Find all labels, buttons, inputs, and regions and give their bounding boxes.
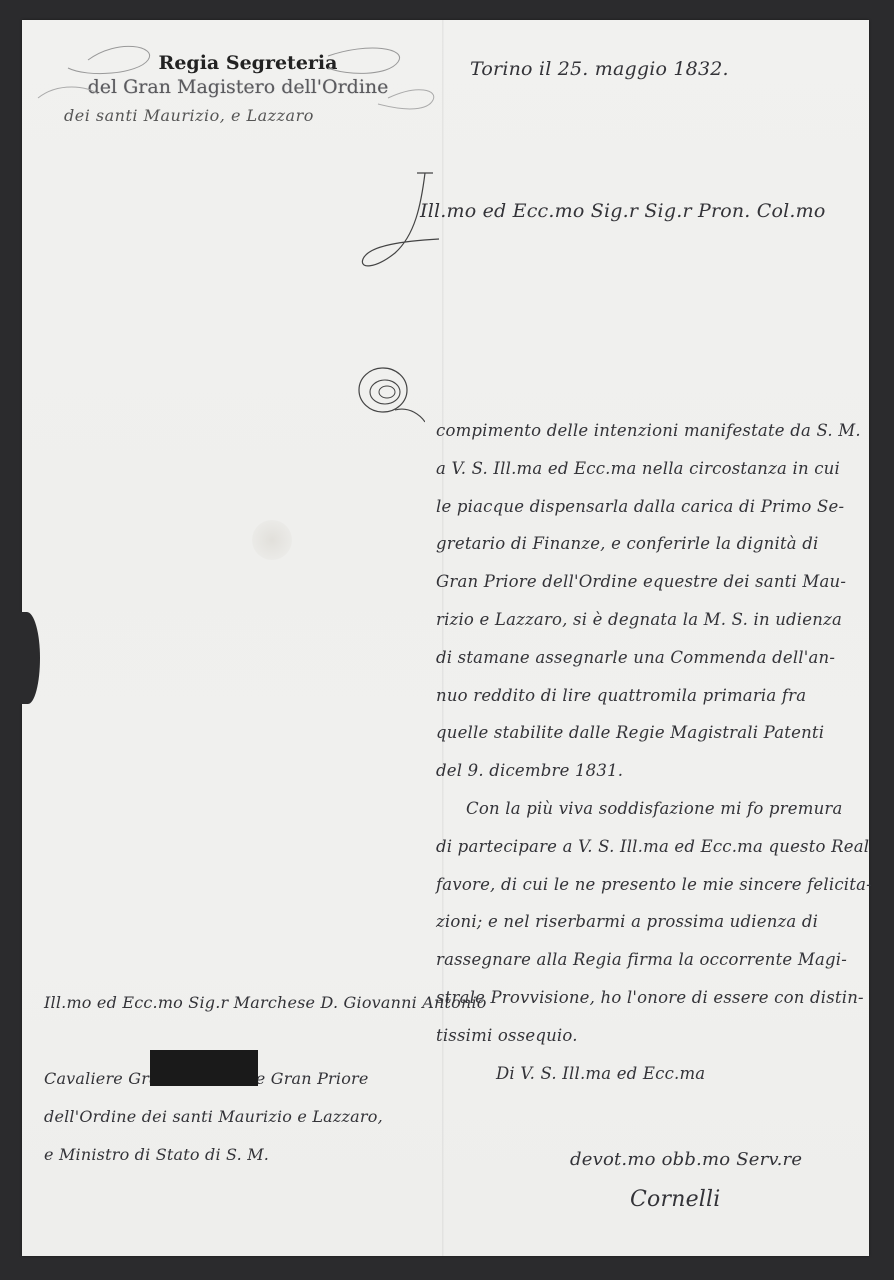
recipient-block: Ill.mo ed Ecc.mo Sig.r Marchese D. Giova… xyxy=(44,984,487,1174)
signature-block: devot.mo obb.mo Serv.re Cornelli xyxy=(570,1140,802,1220)
salutation: Ill.mo ed Ecc.mo Sig.r Sig.r Pron. Col.m… xyxy=(420,200,826,222)
body-line: strale Provvisione, ho l'onore di essere… xyxy=(436,979,856,1017)
recipient-line-redacted xyxy=(44,1022,487,1060)
letterhead-line-1: Regia Segreteria xyxy=(78,52,418,74)
body-line: Di V. S. Ill.ma ed Ecc.ma xyxy=(436,1055,856,1093)
dateline: Torino il 25. maggio 1832. xyxy=(470,58,729,80)
paper-stain xyxy=(252,520,292,560)
recipient-line: Cavaliere Gran Cordone, e Gran Priore xyxy=(44,1060,487,1098)
body-line: tissimi ossequio. xyxy=(436,1017,856,1055)
body-line: di partecipare a V. S. Ill.ma ed Ecc.ma … xyxy=(436,828,856,866)
body-line: rizio e Lazzaro, si è degnata la M. S. i… xyxy=(436,601,856,639)
body-line: quelle stabilite dalle Regie Magistrali … xyxy=(436,714,856,752)
body-line: a V. S. Ill.ma ed Ecc.ma nella circostan… xyxy=(436,450,856,488)
letterhead-line-2: del Gran Magistero dell'Ordine xyxy=(58,76,418,98)
body-line: favore, di cui le ne presento le mie sin… xyxy=(436,866,856,904)
body-line: nuo reddito di lire quattromila primaria… xyxy=(436,677,856,715)
body-line: compimento delle intenzioni manifestate … xyxy=(436,412,856,450)
recipient-line: e Ministro di Stato di S. M. xyxy=(44,1136,487,1174)
body-line: di stamane assegnarle una Commenda dell'… xyxy=(436,639,856,677)
letterhead-line-3: dei santi Maurizio, e Lazzaro xyxy=(64,106,418,125)
body-line: del 9. dicembre 1831. xyxy=(436,752,856,790)
body-line: Gran Priore dell'Ordine equestre dei san… xyxy=(436,563,856,601)
body-line: le piacque dispensarla dalla carica di P… xyxy=(436,488,856,526)
body-line: Con la più viva soddisfazione mi fo prem… xyxy=(436,790,856,828)
body-line: gretario di Finanze, e conferirle la dig… xyxy=(436,525,856,563)
letterhead: Regia Segreteria del Gran Magistero dell… xyxy=(58,52,418,125)
recipient-line: dell'Ordine dei santi Maurizio e Lazzaro… xyxy=(44,1098,487,1136)
drop-cap-ornament-icon xyxy=(355,360,425,430)
closing-formula: devot.mo obb.mo Serv.re xyxy=(570,1140,802,1180)
redaction-box xyxy=(150,1050,258,1086)
body-line: rassegnare alla Regia firma la occorrent… xyxy=(436,941,856,979)
letter-body: compimento delle intenzioni manifestate … xyxy=(436,412,856,1092)
signature-name: Cornelli xyxy=(570,1180,802,1220)
body-line: zioni; e nel riserbarmi a prossima udien… xyxy=(436,903,856,941)
recipient-line: Ill.mo ed Ecc.mo Sig.r Marchese D. Giova… xyxy=(44,984,487,1022)
